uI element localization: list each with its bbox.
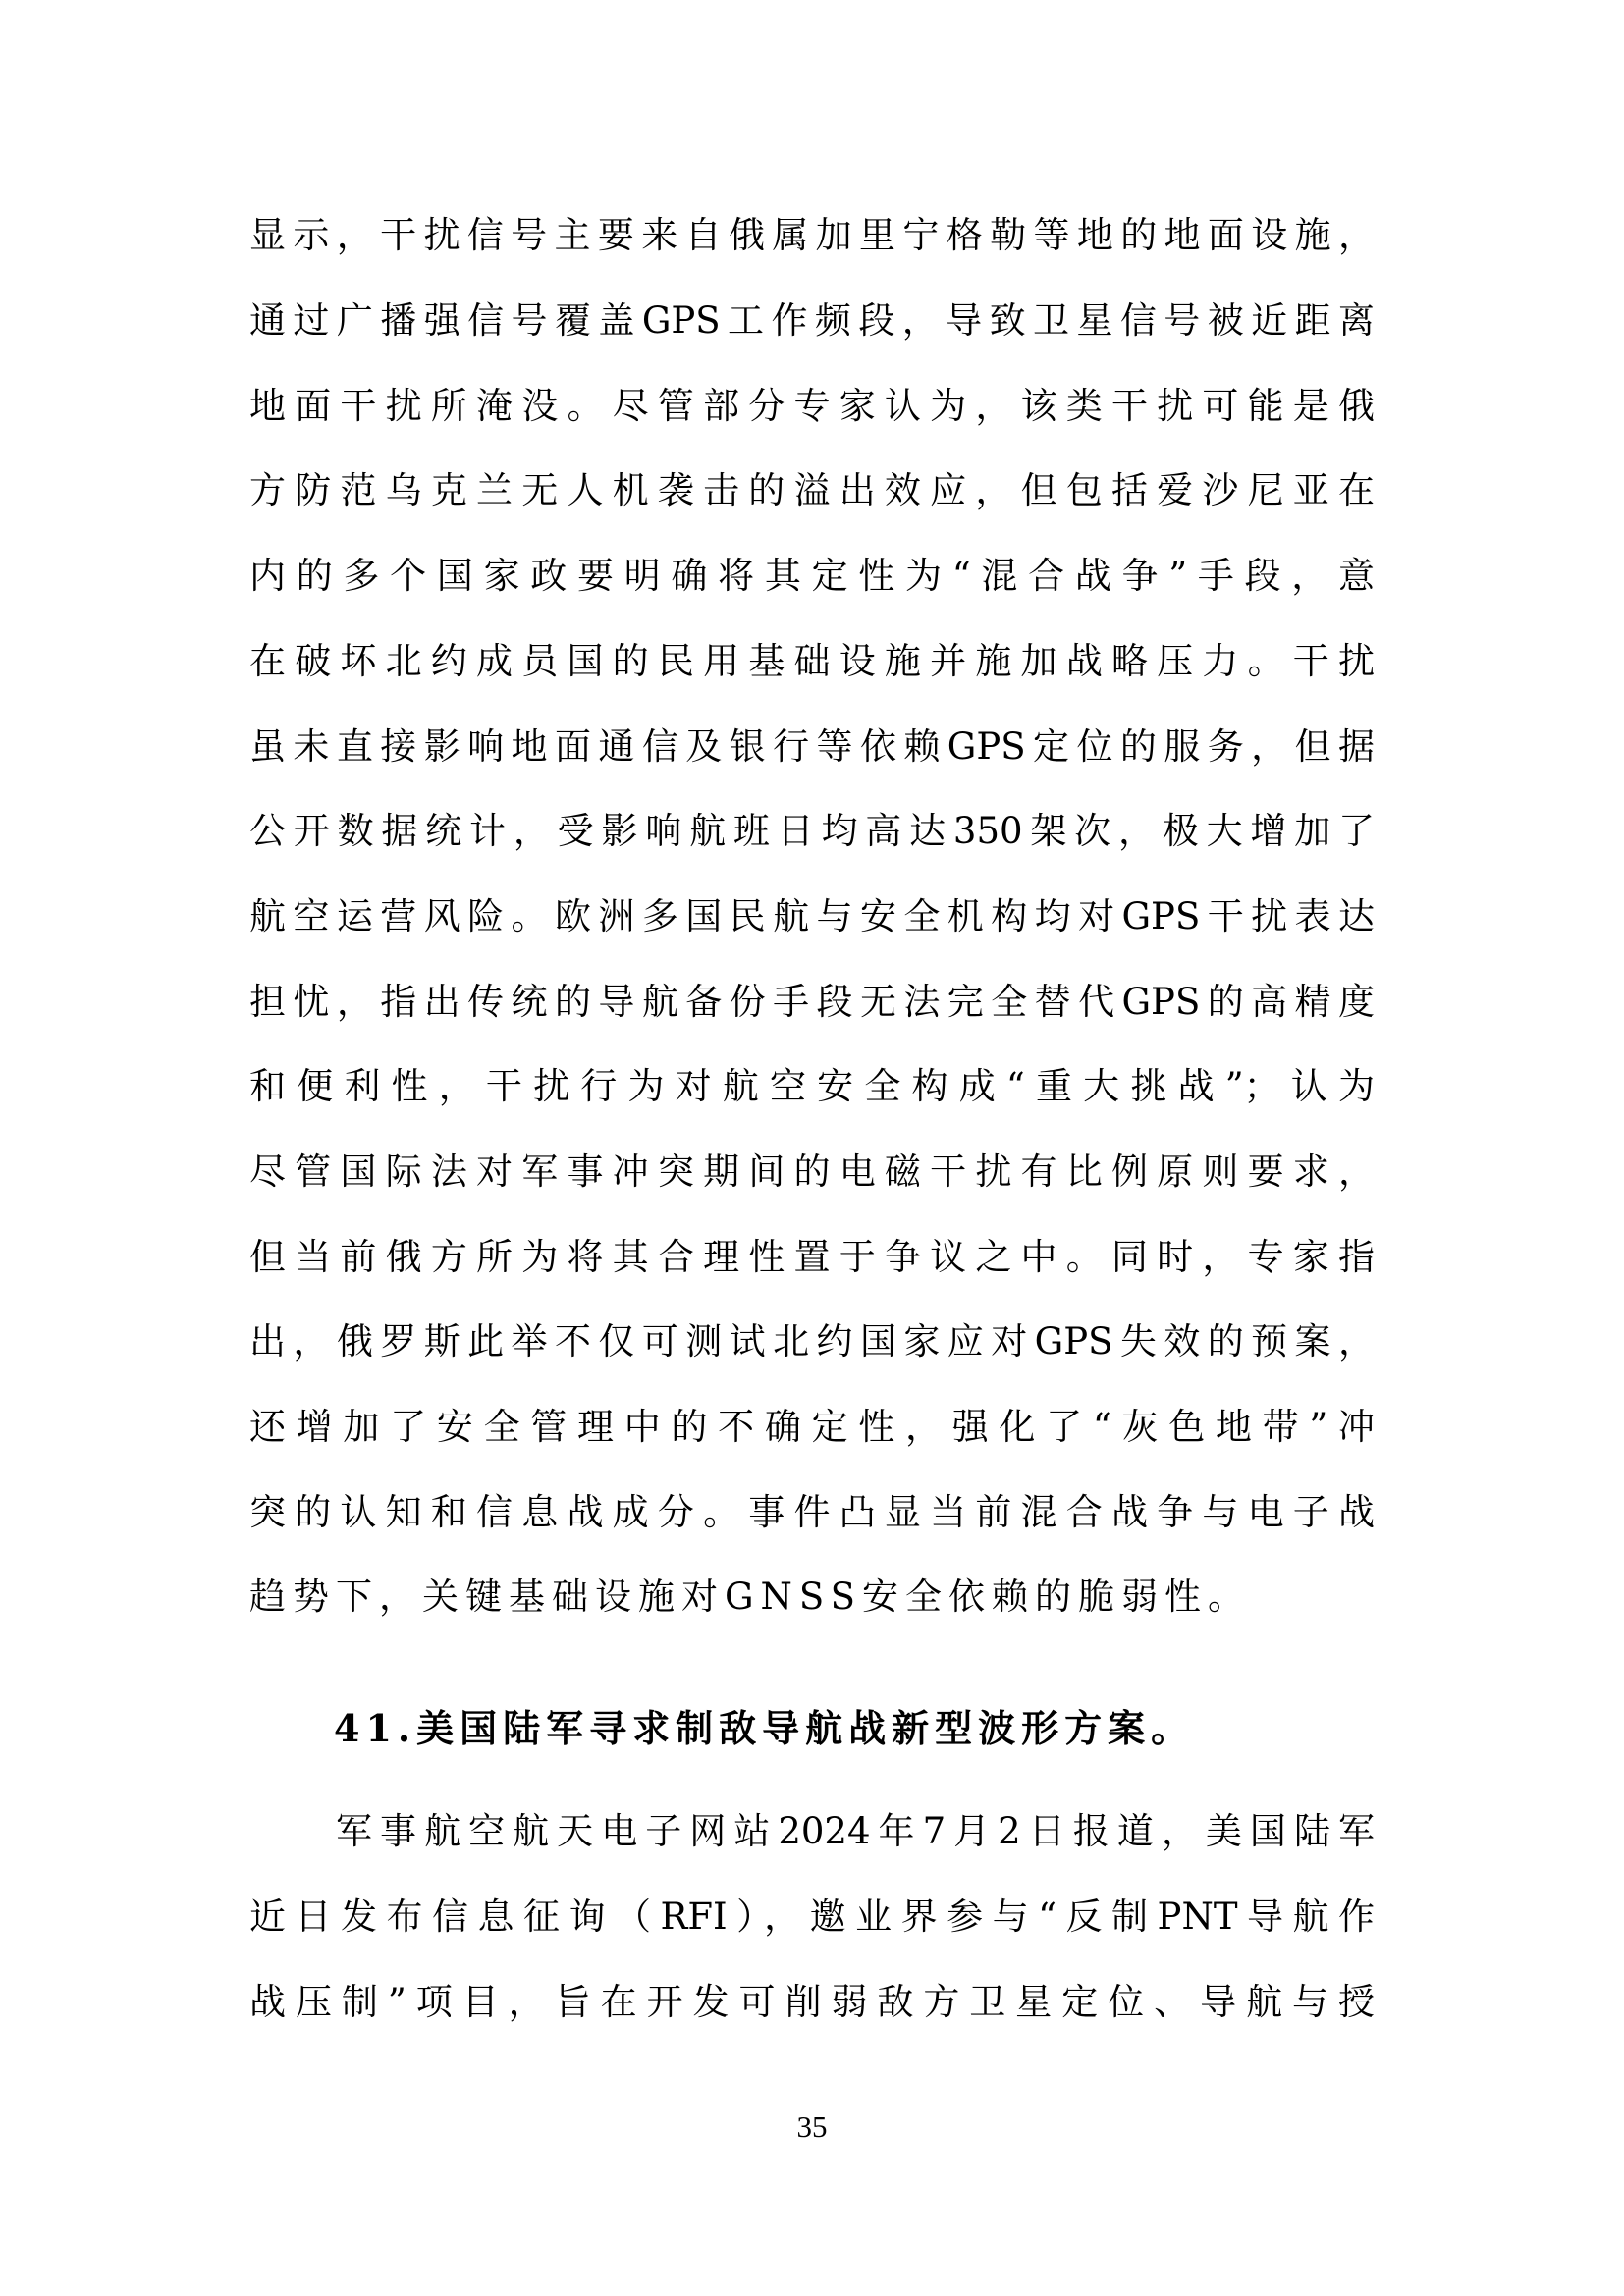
text-line: 内的多个国家政要明确将其定性为“混合战争”手段，意: [249, 555, 1375, 598]
text-line: 方防范乌克兰无人机袭击的溢出效应，但包括爱沙尼亚在: [249, 469, 1375, 512]
text-line: 航空运营风险。欧洲多国民航与安全机构均对GPS干扰表达: [249, 895, 1375, 938]
text-line: 还增加了安全管理中的不确定性，强化了“灰色地带”冲: [249, 1406, 1375, 1449]
text-line: 担忧，指出传统的导航备份手段无法完全替代GPS的高精度: [249, 981, 1375, 1024]
text-line: 虽未直接影响地面通信及银行等依赖GPS定位的服务，但据: [249, 725, 1375, 769]
text-line: 出，俄罗斯此举不仅可测试北约国家应对GPS失效的预案，: [249, 1320, 1375, 1363]
text-line: 显示，干扰信号主要来自俄属加里宁格勒等地的地面设施，: [249, 214, 1375, 257]
text-line: 通过广播强信号覆盖GPS工作频段，导致卫星信号被近距离: [249, 299, 1375, 343]
text-line: 地面干扰所淹没。尽管部分专家认为，该类干扰可能是俄: [249, 385, 1375, 428]
text-line: 近日发布信息征询（RFI），邀业界参与“反制PNT导航作: [249, 1896, 1375, 1939]
text-line: 和便利性，干扰行为对航空安全构成“重大挑战”；认为: [249, 1065, 1375, 1108]
text-line: 尽管国际法对军事冲突期间的电磁干扰有比例原则要求，: [249, 1150, 1375, 1194]
text-line: 军事航空航天电子网站2024年7月2日报道，美国陆军: [336, 1810, 1375, 1853]
text-line: 突的认知和信息战成分。事件凸显当前混合战争与电子战: [249, 1491, 1375, 1534]
text-line: 公开数据统计，受影响航班日均高达350架次，极大增加了: [249, 810, 1375, 853]
document-page: 显示，干扰信号主要来自俄属加里宁格勒等地的地面设施， 通过广播强信号覆盖GPS工…: [0, 0, 1624, 2296]
text-line: 趋势下，关键基础设施对GNSS安全依赖的脆弱性。: [249, 1575, 1375, 1619]
text-line: 但当前俄方所为将其合理性置于争议之中。同时，专家指: [249, 1236, 1375, 1279]
text-line: 战压制”项目，旨在开发可削弱敌方卫星定位、导航与授: [249, 1981, 1375, 2024]
page-number: 35: [0, 2110, 1624, 2144]
text-line: 在破坏北约成员国的民用基础设施并施加战略压力。干扰: [249, 640, 1375, 683]
section-heading: 41.美国陆军寻求制敌导航战新型波形方案。: [334, 1706, 1194, 1751]
